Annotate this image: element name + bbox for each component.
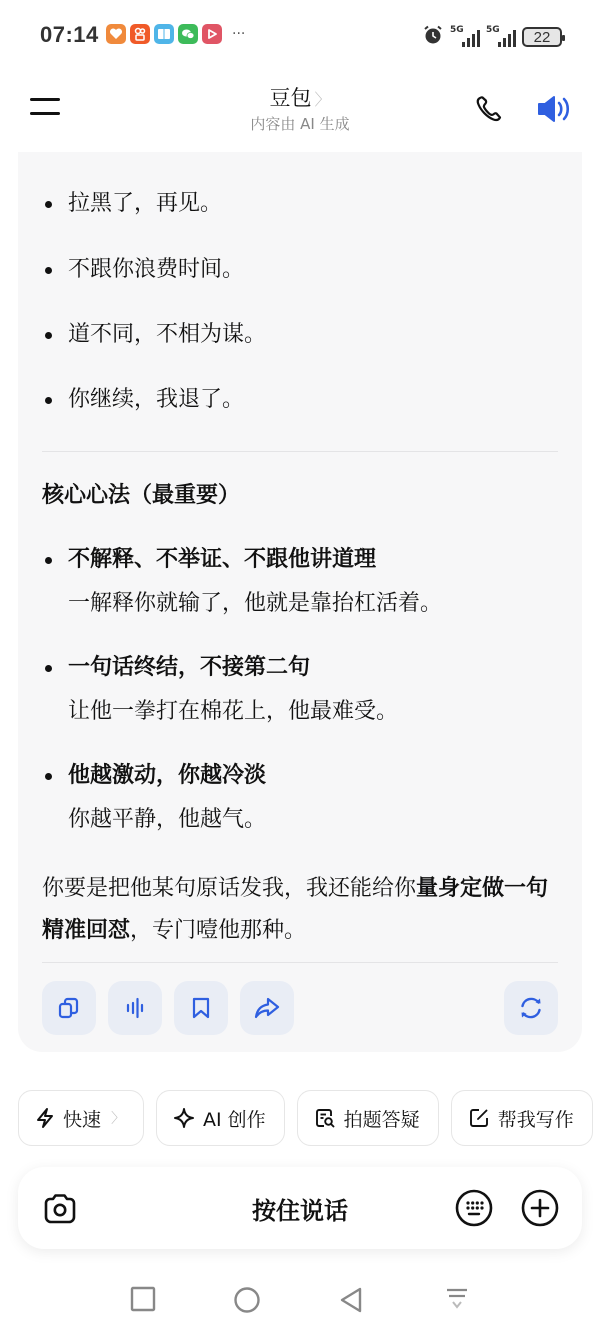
list-item: 道不同，不相为谋。: [42, 319, 266, 351]
chevron-right-icon: 〉: [111, 1108, 125, 1128]
wechat-app-icon: [178, 24, 198, 44]
list-item: 不跟你浪费时间。: [42, 254, 244, 286]
speaker-icon: [536, 92, 574, 126]
chip-ai-create[interactable]: AI 创作: [156, 1090, 285, 1146]
home-button[interactable]: [233, 1286, 261, 1318]
square-icon: [130, 1286, 156, 1312]
lightning-icon: [35, 1107, 55, 1129]
input-bar: 按住说话: [18, 1167, 582, 1249]
key-point-desc: 一解释你就输了，他就是靠抬杠活着。: [68, 588, 442, 620]
closing-paragraph: 你要是把他某句原话发我，我还能给你量身定做一句精准回怼，专门噎他那种。: [42, 868, 558, 952]
regenerate-button[interactable]: [504, 981, 558, 1035]
keyboard-icon: [454, 1188, 494, 1228]
chip-fast-mode[interactable]: 快速 〉: [18, 1090, 144, 1146]
keyboard-toggle-button[interactable]: [454, 1188, 494, 1232]
message-actions: [42, 981, 558, 1035]
chat-title[interactable]: 豆包〉 内容由 AI 生成: [0, 82, 600, 134]
copy-icon: [56, 995, 82, 1021]
chip-label: 拍题答疑: [344, 1105, 420, 1132]
page-title: 豆包: [269, 86, 311, 110]
audio-wave-icon: [122, 995, 148, 1021]
add-attachment-button[interactable]: [520, 1188, 560, 1232]
key-point-title: 不解释、不举证、不跟他讲道理: [68, 544, 442, 576]
status-bar: 07:14 ··· 5G 5G 22: [0, 0, 600, 72]
phone-icon: [472, 92, 506, 126]
assistant-message-card: 拉黑了，再见。 不跟你浪费时间。 道不同，不相为谋。 你继续，我退了。 核心心法…: [18, 152, 582, 1052]
hold-to-talk-button[interactable]: 按住说话: [18, 1191, 582, 1226]
recent-apps-button[interactable]: [130, 1286, 156, 1316]
phone-call-button[interactable]: [472, 92, 506, 126]
divider: [42, 962, 558, 963]
app-header: 豆包〉 内容由 AI 生成: [0, 72, 600, 148]
triangle-back-icon: [338, 1286, 364, 1314]
system-icons: 5G 5G 22: [422, 24, 562, 50]
share-button[interactable]: [240, 981, 294, 1035]
closing-text: ，专门噎他那种。: [130, 918, 306, 943]
section-heading: 核心心法（最重要）: [42, 480, 240, 512]
list-item: 拉黑了，再见。: [42, 188, 222, 220]
key-point: 不解释、不举证、不跟他讲道理 一解释你就输了，他就是靠抬杠活着。: [42, 544, 442, 620]
divider: [42, 451, 558, 452]
bookmark-button[interactable]: [174, 981, 228, 1035]
key-point-title: 一句话终结，不接第二句: [68, 652, 398, 684]
share-arrow-icon: [253, 995, 281, 1021]
plus-icon: [520, 1188, 560, 1228]
key-point-desc: 让他一拳打在棉花上，他最难受。: [68, 696, 398, 728]
alarm-icon: [422, 24, 444, 50]
read-aloud-button[interactable]: [108, 981, 162, 1035]
reader-app-icon: [154, 24, 174, 44]
signal-2-icon: 5G: [486, 27, 516, 47]
key-point-desc: 你越平静，他越气。: [68, 804, 266, 836]
closing-text: 你要是把他某句原话发我，我还能给你: [42, 876, 416, 901]
edit-icon: [468, 1107, 490, 1129]
key-point: 一句话终结，不接第二句 让他一拳打在棉花上，他最难受。: [42, 652, 398, 728]
sparkle-icon: [173, 1107, 195, 1129]
video-app-icon: [202, 24, 222, 44]
pull-down-icon: [444, 1286, 470, 1314]
system-navigation-bar: [0, 1280, 600, 1320]
more-notifications-icon: ···: [232, 26, 245, 42]
chip-label: AI 创作: [203, 1105, 266, 1132]
quick-action-chips: 快速 〉 AI 创作 拍题答疑 帮我写作: [18, 1090, 593, 1146]
chevron-right-icon: 〉: [314, 90, 330, 109]
health-app-icon: [106, 24, 126, 44]
signal-1-icon: 5G: [450, 27, 480, 47]
circle-icon: [233, 1286, 261, 1314]
copy-button[interactable]: [42, 981, 96, 1035]
back-button[interactable]: [338, 1286, 364, 1318]
battery-indicator: 22: [522, 27, 562, 47]
voice-playback-button[interactable]: [536, 92, 570, 126]
chip-label: 帮我写作: [498, 1105, 574, 1132]
key-point-title: 他越激动，你越冷淡: [68, 760, 266, 792]
list-item: 你继续，我退了。: [42, 384, 244, 416]
notification-shade-button[interactable]: [444, 1286, 470, 1318]
bookmark-icon: [188, 995, 214, 1021]
kuaishou-app-icon: [130, 24, 150, 44]
chip-help-write[interactable]: 帮我写作: [451, 1090, 593, 1146]
refresh-icon: [517, 994, 545, 1022]
chip-label: 快速: [63, 1105, 101, 1132]
photo-search-icon: [314, 1107, 336, 1129]
notification-icons: ···: [106, 24, 245, 44]
chip-photo-question[interactable]: 拍题答疑: [297, 1090, 439, 1146]
ai-disclaimer: 内容由 AI 生成: [0, 113, 600, 134]
status-time: 07:14: [40, 22, 99, 48]
key-point: 他越激动，你越冷淡 你越平静，他越气。: [42, 760, 266, 836]
